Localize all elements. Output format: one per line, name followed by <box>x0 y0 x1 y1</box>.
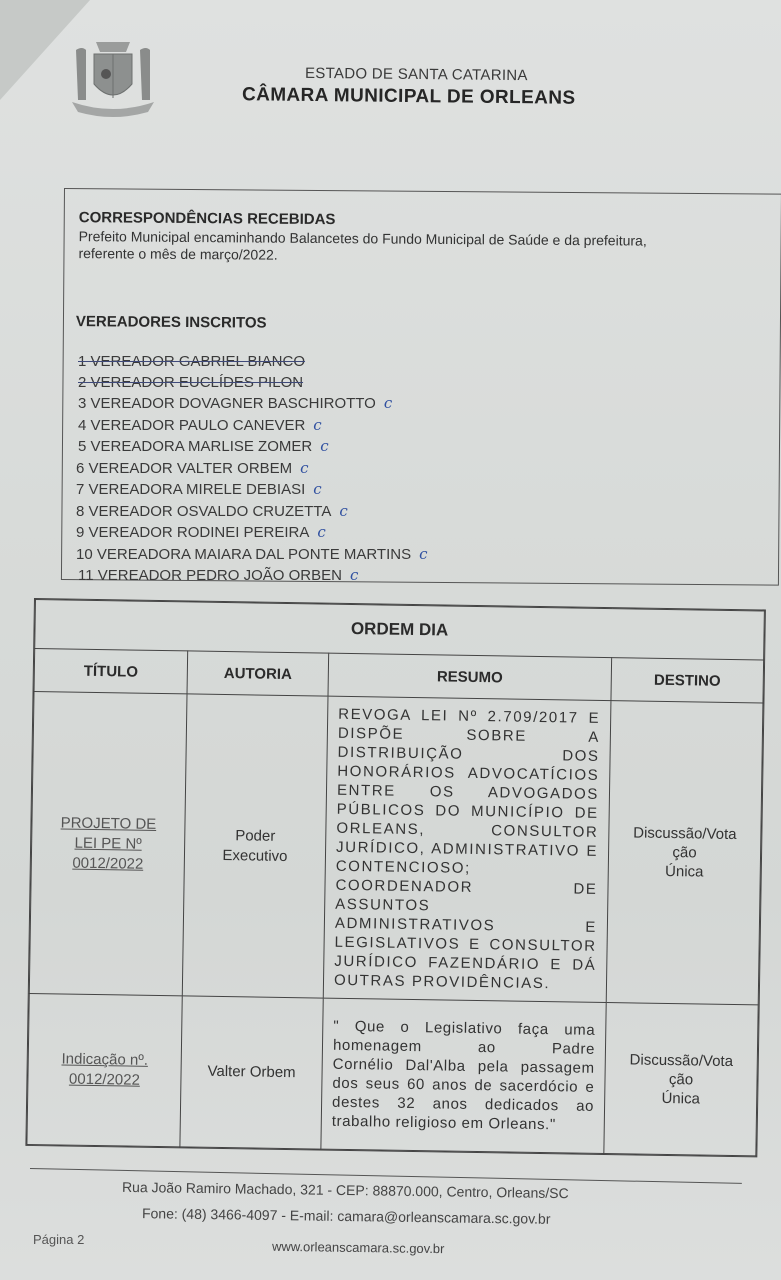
resumo-line: COORDENADOR DE ASSUNTOS <box>335 876 598 918</box>
councillor-item: 5 VEREADORA MARLISE ZOMERc <box>78 436 430 458</box>
councillor-name: 2 VEREADOR EUCLÍDES PILON <box>78 374 303 391</box>
row-1-resumo: REVOGA LEI Nº 2.709/2017 EDISPÕE SOBRE A… <box>323 696 611 1002</box>
row-1-autoria: PoderExecutivo <box>182 694 328 998</box>
agenda-row: Indicação nº.0012/2022 Valter Orbem " Qu… <box>27 993 758 1155</box>
councillor-item: 6 VEREADOR VALTER ORBEMc <box>76 458 428 480</box>
footer-contact: Fone: (48) 3466-4097 - E-mail: camara@or… <box>142 1205 551 1227</box>
row-2-titulo-link[interactable]: Indicação nº.0012/2022 <box>61 1050 148 1088</box>
row-2-destino: Discussão/VotaçãoÚnica <box>604 1003 758 1156</box>
column-header-titulo: TÍTULO <box>34 649 188 694</box>
column-header-resumo: RESUMO <box>328 653 612 700</box>
councillor-name: 1 VEREADOR GABRIEL BIANCO <box>78 353 305 370</box>
resumo-line: trabalho religioso em Orleans." <box>332 1112 594 1135</box>
correspondence-heading: CORRESPONDÊNCIAS RECEBIDAS <box>79 209 336 228</box>
handwritten-check-mark-icon: c <box>320 437 328 455</box>
councillor-name: 8 VEREADOR OSVALDO CRUZETTA <box>76 503 331 520</box>
councillor-item: 1 VEREADOR GABRIEL BIANCO <box>78 352 430 373</box>
handwritten-check-mark-icon: c <box>339 502 347 520</box>
agenda-row: PROJETO DELEI PE Nº0012/2022 PoderExecut… <box>29 692 763 1005</box>
column-header-autoria: AUTORIA <box>187 651 329 696</box>
footer-address: Rua João Ramiro Machado, 321 - CEP: 8887… <box>122 1179 569 1201</box>
page-number: Página 2 <box>33 1232 84 1247</box>
correspondence-line-2: referente o mês de março/2022. <box>78 245 277 264</box>
councillor-name: 5 VEREADORA MARLISE ZOMER <box>78 438 312 455</box>
row-2-resumo: " Que o Legislativo faça umahomenagem ao… <box>321 998 606 1153</box>
row-1-titulo-link[interactable]: PROJETO DELEI PE Nº0012/2022 <box>61 814 157 872</box>
councillor-item: 10 VEREADORA MAIARA DAL PONTE MARTINSc <box>76 544 428 566</box>
councillor-name: 4 VEREADOR PAULO CANEVER <box>78 417 305 434</box>
handwritten-check-mark-icon: c <box>300 459 308 477</box>
councillor-item: 11 VEREADOR PEDRO JOÃO ORBENc <box>78 565 430 587</box>
councillor-item: 9 VEREADOR RODINEI PEREIRAc <box>76 522 428 544</box>
handwritten-check-mark-icon: c <box>384 394 392 412</box>
coat-of-arms-icon <box>66 36 160 124</box>
row-2-autoria: Valter Orbem <box>180 996 323 1149</box>
councillor-name: 7 VEREADORA MIRELE DEBIASI <box>76 481 305 498</box>
handwritten-check-mark-icon: c <box>313 480 321 498</box>
agenda-table: ORDEM DIA TÍTULO AUTORIA RESUMO DESTINO … <box>26 599 764 1156</box>
header-state: ESTADO DE SANTA CATARINA <box>305 65 528 84</box>
councillor-name: 11 VEREADOR PEDRO JOÃO ORBEN <box>78 567 342 584</box>
councillor-item: 8 VEREADOR OSVALDO CRUZETTAc <box>76 501 428 523</box>
councillor-name: 3 VEREADOR DOVAGNER BASCHIROTTO <box>78 395 376 412</box>
row-1-titulo: PROJETO DELEI PE Nº0012/2022 <box>29 692 187 996</box>
document-page: ESTADO DE SANTA CATARINA CÂMARA MUNICIPA… <box>0 0 781 1280</box>
column-header-destino: DESTINO <box>611 658 764 703</box>
councillor-name: 6 VEREADOR VALTER ORBEM <box>76 460 292 477</box>
handwritten-check-mark-icon: c <box>317 523 325 541</box>
handwritten-check-mark-icon: c <box>419 545 427 563</box>
councillor-item: 3 VEREADOR DOVAGNER BASCHIROTTOc <box>78 393 430 415</box>
councillors-list: 1 VEREADOR GABRIEL BIANCO2 VEREADOR EUCL… <box>78 352 430 587</box>
handwritten-check-mark-icon: c <box>313 416 321 434</box>
handwritten-check-mark-icon: c <box>350 566 358 584</box>
councillor-name: 10 VEREADORA MAIARA DAL PONTE MARTINS <box>76 546 411 563</box>
councillor-name: 9 VEREADOR RODINEI PEREIRA <box>76 524 309 541</box>
agenda-table-section: ORDEM DIA TÍTULO AUTORIA RESUMO DESTINO … <box>25 598 766 1157</box>
councillor-item: 2 VEREADOR EUCLÍDES PILON <box>78 373 430 394</box>
footer-website[interactable]: www.orleanscamara.sc.gov.br <box>272 1239 445 1256</box>
councillor-item: 7 VEREADORA MIRELE DEBIASIc <box>76 479 428 501</box>
row-1-destino: Discussão/VotaçãoÚnica <box>606 701 763 1005</box>
councillors-heading: VEREADORES INSCRITOS <box>76 313 267 331</box>
header-institution: CÂMARA MUNICIPAL DE ORLEANS <box>242 84 576 109</box>
row-2-titulo: Indicação nº.0012/2022 <box>27 993 182 1146</box>
councillor-item: 4 VEREADOR PAULO CANEVERc <box>78 415 430 437</box>
